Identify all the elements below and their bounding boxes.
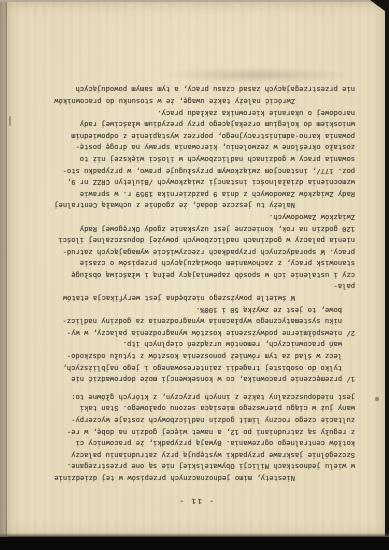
scan-bottom-band bbox=[0, 537, 389, 550]
ink-speck bbox=[9, 116, 11, 126]
paragraph-1: Niestety, mimo jednoznacznych przepisów … bbox=[37, 389, 355, 482]
smudge-mark bbox=[167, 68, 349, 82]
rotated-page-content: - 11 - Niestety, mimo jednoznacznych prz… bbox=[7, 2, 385, 536]
page-number: - 11 - bbox=[7, 496, 385, 504]
paragraph-4: Zwrócić należy także uwagę, że w stosunk… bbox=[37, 82, 355, 105]
paragraph-2: W świetle powyższego niezbędna jest wery… bbox=[37, 209, 355, 302]
ink-speck bbox=[375, 397, 379, 401]
paragraph-3: Należy tu jeszcze dodać, że zgodnie z uc… bbox=[37, 105, 355, 209]
text-block: Niestety, mimo jednoznacznych przepisów … bbox=[37, 82, 355, 482]
document-page: - 11 - Niestety, mimo jednoznacznych prz… bbox=[7, 2, 385, 536]
document-scan: - 11 - Niestety, mimo jednoznacznych prz… bbox=[0, 0, 389, 550]
list-item-2: 2/ niewspółmierne podwyższenie kosztów w… bbox=[37, 302, 355, 337]
list-item-1: 1/ przemęczenie pracownika, co w konsekw… bbox=[37, 337, 355, 383]
